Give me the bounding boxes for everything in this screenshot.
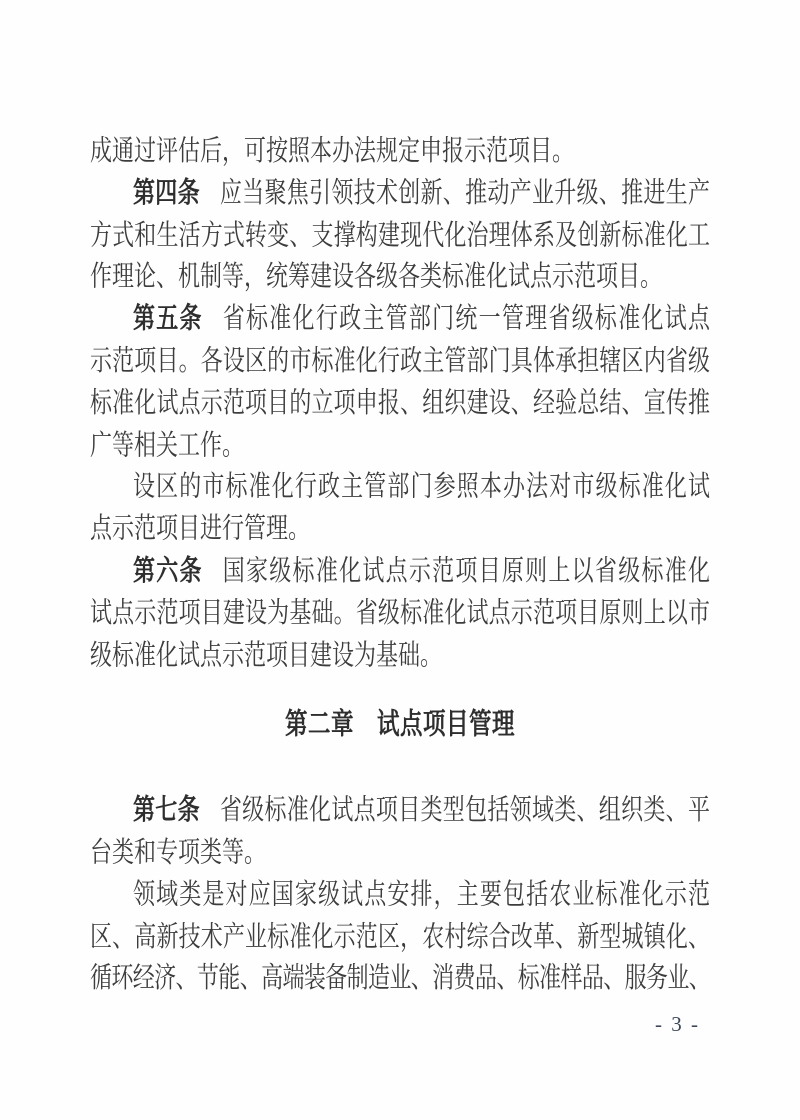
text-line: 领域类是对应国家级试点安排，主要包括农业标准化示范 bbox=[90, 874, 710, 916]
page-number: - 3 - bbox=[655, 1012, 700, 1037]
text-line: 台类和专项类等。 bbox=[90, 832, 710, 874]
text-line-content: 示范项目。各设区的市标准化行政主管部门具体承担辖区内省级 bbox=[90, 344, 710, 376]
text-line-content: 台类和专项类等。 bbox=[90, 836, 266, 868]
text-line: 方式和生活方式转变、支撑构建现代化治理体系及创新标准化工 bbox=[90, 215, 710, 257]
document-page: 成通过评估后，可按照本办法规定申报示范项目。 第四条应当聚焦引领技术创新、推动产… bbox=[0, 0, 800, 1120]
text-line-content: 领域类是对应国家级试点安排，主要包括农业标准化示范 bbox=[133, 878, 710, 910]
text-line-content: 国家级标准化试点示范项目原则上以省级标准化 bbox=[223, 554, 710, 586]
text-line-content: 级标准化试点示范项目建设为基础。 bbox=[90, 638, 442, 670]
text-line-content: 试点示范项目建设为基础。省级标准化试点示范项目原则上以市 bbox=[90, 596, 710, 628]
text-line: 示范项目。各设区的市标准化行政主管部门具体承担辖区内省级 bbox=[90, 340, 710, 382]
text-line: 成通过评估后，可按照本办法规定申报示范项目。 bbox=[90, 131, 710, 173]
text-line: 第六条国家级标准化试点示范项目原则上以省级标准化 bbox=[90, 550, 710, 592]
text-line-content: 作理论、机制等，统筹建设各级各类标准化试点示范项目。 bbox=[90, 260, 662, 292]
text-line: 循环经济、节能、高端装备制造业、消费品、标准样品、服务业、 bbox=[90, 958, 710, 1000]
text-line-content: 方式和生活方式转变、支撑构建现代化治理体系及创新标准化工 bbox=[90, 218, 710, 250]
text-line: 试点示范项目建设为基础。省级标准化试点示范项目原则上以市 bbox=[90, 592, 710, 634]
text-line: 第五条省标准化行政主管部门统一管理省级标准化试点 bbox=[90, 298, 710, 340]
article-number: 第六条 bbox=[133, 554, 203, 586]
chapter-heading: 第二章 试点项目管理 bbox=[90, 704, 710, 746]
text-line: 广等相关工作。 bbox=[90, 424, 710, 466]
text-line-content: 区、高新技术产业标准化示范区，农村综合改革、新型城镇化、 bbox=[90, 920, 710, 952]
text-line-content: 设区的市标准化行政主管部门参照本办法对市级标准化试 bbox=[133, 470, 710, 502]
text-line: 区、高新技术产业标准化示范区，农村综合改革、新型城镇化、 bbox=[90, 916, 710, 958]
text-line-content: 应当聚焦引领技术创新、推动产业升级、推进生产 bbox=[220, 176, 710, 208]
text-line-content: 省标准化行政主管部门统一管理省级标准化试点 bbox=[223, 302, 710, 334]
article-number: 第五条 bbox=[133, 302, 203, 334]
text-line: 点示范项目进行管理。 bbox=[90, 508, 710, 550]
text-line-content: 标准化试点示范项目的立项申报、组织建设、经验总结、宣传推 bbox=[90, 386, 710, 418]
article-number: 第七条 bbox=[133, 794, 200, 826]
article-number: 第四条 bbox=[133, 176, 200, 208]
text-line-content: 点示范项目进行管理。 bbox=[90, 512, 310, 544]
text-line-content: 省级标准化试点项目类型包括领域类、组织类、平 bbox=[220, 794, 710, 826]
text-line-content: 循环经济、节能、高端装备制造业、消费品、标准样品、服务业、 bbox=[90, 962, 710, 994]
text-line: 第四条应当聚焦引领技术创新、推动产业升级、推进生产 bbox=[90, 173, 710, 215]
text-line: 标准化试点示范项目的立项申报、组织建设、经验总结、宣传推 bbox=[90, 382, 710, 424]
text-line-content: 成通过评估后，可按照本办法规定申报示范项目。 bbox=[90, 134, 574, 166]
text-column: 成通过评估后，可按照本办法规定申报示范项目。 第四条应当聚焦引领技术创新、推动产… bbox=[90, 0, 710, 1000]
text-line: 级标准化试点示范项目建设为基础。 bbox=[90, 634, 710, 676]
text-line: 设区的市标准化行政主管部门参照本办法对市级标准化试 bbox=[90, 466, 710, 508]
text-line: 作理论、机制等，统筹建设各级各类标准化试点示范项目。 bbox=[90, 257, 710, 299]
text-line: 第七条省级标准化试点项目类型包括领域类、组织类、平 bbox=[90, 790, 710, 832]
text-line-content: 广等相关工作。 bbox=[90, 428, 244, 460]
